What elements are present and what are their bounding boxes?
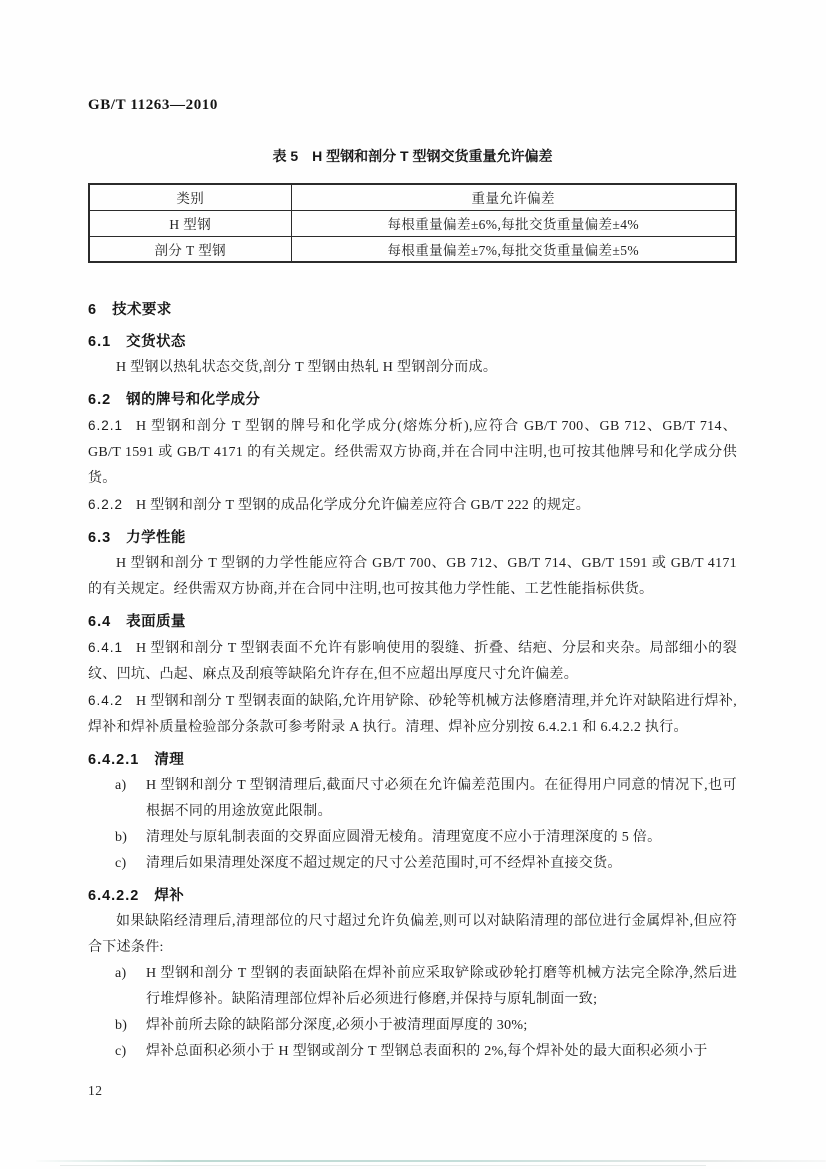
cell-category: H 型钢 — [89, 210, 291, 236]
list-item-label: c) — [115, 851, 146, 877]
list-item-text: H 型钢和剖分 T 型钢的表面缺陷在焊补前应采取铲除或砂轮打磨等机械方法完全除净… — [146, 961, 737, 1013]
paragraph-6-4-1: 6.4.1H 型钢和剖分 T 型钢表面不允许有影响使用的裂缝、折叠、结疤、分层和… — [88, 635, 737, 688]
heading-6-title: 技术要求 — [112, 302, 172, 318]
document-page: GB/T 11263—2010 表 5H 型钢和剖分 T 型钢交货重量允许偏差 … — [0, 0, 826, 1169]
table-caption-title: H 型钢和剖分 T 型钢交货重量允许偏差 — [312, 148, 552, 164]
heading-6-4-title: 表面质量 — [126, 614, 186, 630]
list-item-cleaning-a: a) H 型钢和剖分 T 型钢清理后,截面尺寸必须在允许偏差范围内。在征得用户同… — [88, 773, 737, 825]
heading-6-3-title: 力学性能 — [126, 530, 186, 546]
heading-6: 6技术要求 — [88, 297, 737, 323]
heading-6-4-2-2: 6.4.2.2焊补 — [88, 883, 737, 909]
paragraph-6-3: H 型钢和剖分 T 型钢的力学性能应符合 GB/T 700、GB 712、GB/… — [88, 551, 737, 603]
table-5: 类别 重量允许偏差 H 型钢 每根重量偏差±6%,每批交货重量偏差±4% 剖分 … — [88, 183, 737, 263]
heading-6-4-2-1-number: 6.4.2.1 — [88, 752, 139, 768]
column-header-category: 类别 — [89, 184, 291, 210]
table-header-row: 类别 重量允许偏差 — [89, 184, 736, 210]
heading-6-1-number: 6.1 — [88, 334, 111, 350]
heading-6-number: 6 — [88, 302, 97, 318]
heading-6-4-2-1-title: 清理 — [154, 752, 184, 768]
paragraph-6-4-2-2-intro: 如果缺陷经清理后,清理部位的尺寸超过允许负偏差,则可以对缺陷清理的部位进行金属焊… — [88, 909, 737, 961]
heading-6-2: 6.2钢的牌号和化学成分 — [88, 387, 737, 413]
list-item-label: c) — [115, 1039, 146, 1065]
heading-6-4-2-2-title: 焊补 — [154, 888, 184, 904]
heading-6-4-number: 6.4 — [88, 614, 111, 630]
list-item-label: b) — [115, 825, 146, 851]
table-row: 剖分 T 型钢 每根重量偏差±7%,每批交货重量偏差±5% — [89, 236, 736, 262]
heading-6-2-number: 6.2 — [88, 392, 111, 408]
standard-code: GB/T 11263—2010 — [88, 95, 737, 115]
scan-artifact-bottom-line — [60, 1165, 706, 1166]
list-item-welding-a: a) H 型钢和剖分 T 型钢的表面缺陷在焊补前应采取铲除或砂轮打磨等机械方法完… — [88, 961, 737, 1013]
list-item-cleaning-b: b) 清理处与原轧制表面的交界面应圆滑无棱角。清理宽度不应小于清理深度的 5 倍… — [88, 825, 737, 851]
paragraph-6-4-2: 6.4.2H 型钢和剖分 T 型钢表面的缺陷,允许用铲除、砂轮等机械方法修磨清理… — [88, 688, 737, 741]
heading-6-4-2-2-number: 6.4.2.2 — [88, 888, 139, 904]
list-item-label: a) — [115, 961, 146, 1013]
heading-6-4: 6.4表面质量 — [88, 609, 737, 635]
cell-category: 剖分 T 型钢 — [89, 236, 291, 262]
heading-6-3-number: 6.3 — [88, 530, 111, 546]
heading-6-3: 6.3力学性能 — [88, 525, 737, 551]
cell-tolerance: 每根重量偏差±6%,每批交货重量偏差±4% — [291, 210, 736, 236]
list-item-text: 清理处与原轧制表面的交界面应圆滑无棱角。清理宽度不应小于清理深度的 5 倍。 — [146, 825, 737, 851]
clause-text: H 型钢和剖分 T 型钢的牌号和化学成分(熔炼分析),应符合 GB/T 700、… — [88, 419, 737, 486]
paragraph-6-1: H 型钢以热轧状态交货,剖分 T 型钢由热轧 H 型钢剖分而成。 — [88, 355, 737, 381]
list-item-cleaning-c: c) 清理后如果清理处深度不超过规定的尺寸公差范围时,可不经焊补直接交货。 — [88, 851, 737, 877]
table-caption-label: 表 5 — [272, 148, 298, 164]
list-item-label: a) — [115, 773, 146, 825]
heading-6-4-2-1: 6.4.2.1清理 — [88, 747, 737, 773]
paragraph-6-2-2: 6.2.2H 型钢和剖分 T 型钢的成品化学成分允许偏差应符合 GB/T 222… — [88, 492, 737, 519]
list-item-welding-b: b) 焊补前所去除的缺陷部分深度,必须小于被清理面厚度的 30%; — [88, 1013, 737, 1039]
clause-number: 6.4.2 — [88, 693, 123, 708]
paragraph-6-2-1: 6.2.1H 型钢和剖分 T 型钢的牌号和化学成分(熔炼分析),应符合 GB/T… — [88, 413, 737, 492]
clause-number: 6.2.2 — [88, 497, 123, 512]
clause-text: H 型钢和剖分 T 型钢表面不允许有影响使用的裂缝、折叠、结疤、分层和夹杂。局部… — [88, 641, 737, 682]
clause-text: H 型钢和剖分 T 型钢表面的缺陷,允许用铲除、砂轮等机械方法修磨清理,并允许对… — [88, 694, 737, 735]
clause-text: H 型钢和剖分 T 型钢的成品化学成分允许偏差应符合 GB/T 222 的规定。 — [136, 498, 590, 513]
table-row: H 型钢 每根重量偏差±6%,每批交货重量偏差±4% — [89, 210, 736, 236]
list-item-text: 焊补总面积必须小于 H 型钢或剖分 T 型钢总表面积的 2%,每个焊补处的最大面… — [146, 1039, 737, 1065]
clause-number: 6.4.1 — [88, 640, 123, 655]
cell-tolerance: 每根重量偏差±7%,每批交货重量偏差±5% — [291, 236, 736, 262]
list-item-text: 焊补前所去除的缺陷部分深度,必须小于被清理面厚度的 30%; — [146, 1013, 737, 1039]
column-header-tolerance: 重量允许偏差 — [291, 184, 736, 210]
list-item-text: H 型钢和剖分 T 型钢清理后,截面尺寸必须在允许偏差范围内。在征得用户同意的情… — [146, 773, 737, 825]
scan-artifact-bottom-edge — [36, 1160, 826, 1162]
list-item-label: b) — [115, 1013, 146, 1039]
list-item-welding-c: c) 焊补总面积必须小于 H 型钢或剖分 T 型钢总表面积的 2%,每个焊补处的… — [88, 1039, 737, 1065]
clause-number: 6.2.1 — [88, 418, 123, 433]
page-number: 12 — [88, 1083, 103, 1099]
page-content: GB/T 11263—2010 表 5H 型钢和剖分 T 型钢交货重量允许偏差 … — [0, 0, 826, 1065]
heading-6-1: 6.1交货状态 — [88, 329, 737, 355]
table-caption: 表 5H 型钢和剖分 T 型钢交货重量允许偏差 — [88, 145, 737, 167]
heading-6-1-title: 交货状态 — [126, 334, 186, 350]
list-item-text: 清理后如果清理处深度不超过规定的尺寸公差范围时,可不经焊补直接交货。 — [146, 851, 737, 877]
heading-6-2-title: 钢的牌号和化学成分 — [126, 392, 260, 408]
